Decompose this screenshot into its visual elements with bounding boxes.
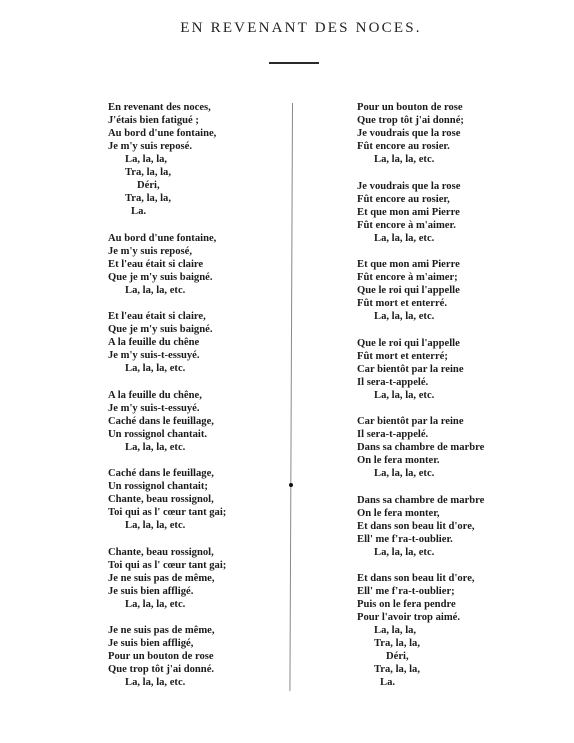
verse-line: Dans sa chambre de marbre xyxy=(357,441,547,454)
verse-line: Chante, beau rossignol, xyxy=(108,493,288,506)
verse-line: Un rossignol chantait. xyxy=(108,428,288,441)
verse-line: Et que mon ami Pierre xyxy=(357,206,547,219)
verse-line: Au bord d'une fontaine, xyxy=(108,127,288,140)
verse-line: Car bientôt par la reine xyxy=(357,415,547,428)
verse-line: A la feuille du chêne, xyxy=(108,389,288,402)
refrain-line: Tra, la, la, xyxy=(357,637,547,650)
verse-line: Je m'y suis reposé, xyxy=(108,245,288,258)
verse-line: Que le roi qui l'appelle xyxy=(357,284,547,297)
verse-line: Caché dans le feuillage, xyxy=(108,467,288,480)
refrain-line: La, la, la, etc. xyxy=(357,389,547,402)
stanza: Pour un bouton de roseQue trop tôt j'ai … xyxy=(357,101,547,166)
refrain-line: La, la, la, etc. xyxy=(108,441,288,454)
verse-line: Je suis bien affligé. xyxy=(108,585,288,598)
verse-line: Il sera-t-appelé. xyxy=(357,376,547,389)
refrain-line: La, la, la, etc. xyxy=(357,153,547,166)
stanza: Et dans son beau lit d'ore,Ell' me f'ra-… xyxy=(357,572,547,689)
stanza: Je ne suis pas de même,Je suis bien affl… xyxy=(108,624,288,689)
verse-line: Que je m'y suis baigné. xyxy=(108,323,288,336)
stanza: Et l'eau était si claire,Que je m'y suis… xyxy=(108,310,288,375)
verse-line: Ell' me f'ra-t-oublier; xyxy=(357,585,547,598)
stanza: Au bord d'une fontaine,Je m'y suis repos… xyxy=(108,232,288,297)
ink-dot xyxy=(289,483,293,487)
verse-line: Et que mon ami Pierre xyxy=(357,258,547,271)
refrain-line: Déri, xyxy=(108,179,288,192)
verse-line: On le fera monter, xyxy=(357,507,547,520)
verse-line: Pour l'avoir trop aimé. xyxy=(357,611,547,624)
verse-line: Je m'y suis-t-essuyé. xyxy=(108,402,288,415)
stanza: Que le roi qui l'appelleFût mort et ente… xyxy=(357,337,547,402)
verse-line: Je m'y suis-t-essuyé. xyxy=(108,349,288,362)
verse-line: Fût mort et enterré; xyxy=(357,350,547,363)
verse-line: Il sera-t-appelé. xyxy=(357,428,547,441)
refrain-line: La, la, la, etc. xyxy=(357,232,547,245)
verse-line: Que je m'y suis baigné. xyxy=(108,271,288,284)
verse-line: Pour un bouton de rose xyxy=(357,101,547,114)
refrain-line: La, la, la, etc. xyxy=(357,546,547,559)
stanza: Chante, beau rossignol,Toi qui as l' cœu… xyxy=(108,546,288,611)
refrain-line: La, la, la, etc. xyxy=(108,284,288,297)
stanza: A la feuille du chêne,Je m'y suis-t-essu… xyxy=(108,389,288,454)
refrain-line: La, la, la, etc. xyxy=(357,467,547,480)
verse-line: Toi qui as l' cœur tant gai; xyxy=(108,506,288,519)
right-column: Pour un bouton de roseQue trop tôt j'ai … xyxy=(357,101,547,703)
verse-line: J'étais bien fatigué ; xyxy=(108,114,288,127)
verse-line: Que trop tôt j'ai donné; xyxy=(357,114,547,127)
verse-line: Fût encore au rosier, xyxy=(357,193,547,206)
left-column: En revenant des noces,J'étais bien fatig… xyxy=(108,101,288,703)
verse-line: Je ne suis pas de même, xyxy=(108,624,288,637)
verse-line: Je voudrais que la rose xyxy=(357,180,547,193)
refrain-line: La, la, la, xyxy=(357,624,547,637)
verse-line: Que le roi qui l'appelle xyxy=(357,337,547,350)
stanza: En revenant des noces,J'étais bien fatig… xyxy=(108,101,288,218)
refrain-line: Tra, la, la, xyxy=(357,663,547,676)
verse-line: Fût mort et enterré. xyxy=(357,297,547,310)
refrain-line: La, la, la, etc. xyxy=(108,362,288,375)
page-title: EN REVENANT DES NOCES. xyxy=(14,20,574,37)
verse-line: Un rossignol chantait; xyxy=(108,480,288,493)
stanza: Je voudrais que la roseFût encore au ros… xyxy=(357,180,547,245)
verse-line: Chante, beau rossignol, xyxy=(108,546,288,559)
stanza: Car bientôt par la reineIl sera-t-appelé… xyxy=(357,415,547,480)
stanza: Caché dans le feuillage,Un rossignol cha… xyxy=(108,467,288,532)
verse-line: Pour un bouton de rose xyxy=(108,650,288,663)
refrain-line: La, la, la, etc. xyxy=(357,310,547,323)
verse-line: Et dans son beau lit d'ore, xyxy=(357,572,547,585)
verse-line: En revenant des noces, xyxy=(108,101,288,114)
refrain-line: Tra, la, la, xyxy=(108,166,288,179)
verse-line: Je ne suis pas de même, xyxy=(108,572,288,585)
verse-line: On le fera monter. xyxy=(357,454,547,467)
refrain-line: La, la, la, xyxy=(108,153,288,166)
refrain-line: La, la, la, etc. xyxy=(108,598,288,611)
verse-line: Fût encore au rosier. xyxy=(357,140,547,153)
verse-line: Que trop tôt j'ai donné. xyxy=(108,663,288,676)
verse-line: Puis on le fera pendre xyxy=(357,598,547,611)
verse-line: Au bord d'une fontaine, xyxy=(108,232,288,245)
verse-line: Ell' me f'ra-t-oublier. xyxy=(357,533,547,546)
refrain-line: La, la, la, etc. xyxy=(108,676,288,689)
stanza: Dans sa chambre de marbreOn le fera mont… xyxy=(357,494,547,559)
verse-line: Fût encore à m'aimer; xyxy=(357,271,547,284)
refrain-line: Déri, xyxy=(357,650,547,663)
verse-line: Fût encore à m'aimer. xyxy=(357,219,547,232)
verse-line: Je suis bien affligé, xyxy=(108,637,288,650)
refrain-line: La, la, la, etc. xyxy=(108,519,288,532)
column-divider xyxy=(289,103,293,691)
verse-line: Et l'eau était si claire, xyxy=(108,310,288,323)
stanza: Et que mon ami PierreFût encore à m'aime… xyxy=(357,258,547,323)
verse-line: Caché dans le feuillage, xyxy=(108,415,288,428)
refrain-line: Tra, la, la, xyxy=(108,192,288,205)
verse-line: Toi qui as l' cœur tant gai; xyxy=(108,559,288,572)
verse-line: Et dans son beau lit d'ore, xyxy=(357,520,547,533)
verse-line: Je voudrais que la rose xyxy=(357,127,547,140)
verse-line: Je m'y suis reposé. xyxy=(108,140,288,153)
verse-line: A la feuille du chêne xyxy=(108,336,288,349)
verse-line: Dans sa chambre de marbre xyxy=(357,494,547,507)
refrain-line: La. xyxy=(357,676,547,689)
verse-line: Car bientôt par la reine xyxy=(357,363,547,376)
refrain-line: La. xyxy=(108,205,288,218)
title-rule xyxy=(269,62,319,64)
verse-line: Et l'eau était si claire xyxy=(108,258,288,271)
